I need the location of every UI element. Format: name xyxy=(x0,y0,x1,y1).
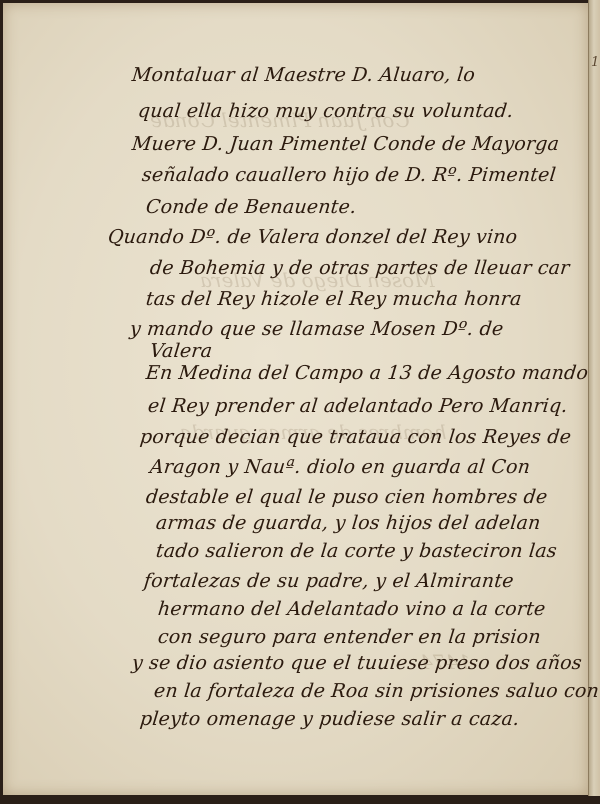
text-line: con seguro para entender en la prision xyxy=(157,626,542,648)
text-line: y se dio asiento que el tuuiese preso do… xyxy=(131,652,583,674)
text-line: de Bohemia y de otras partes de lleuar c… xyxy=(149,257,571,279)
text-line: Conde de Benauente. xyxy=(145,196,358,218)
text-line: tas del Rey hizole el Rey mucha honra xyxy=(145,288,523,310)
text-line: y mando que se llamase Mosen Dº. de xyxy=(129,318,505,340)
text-line: destable el qual le puso cien hombres de xyxy=(145,486,549,508)
page-edge-mark: 1 xyxy=(591,55,599,70)
text-line: hermano del Adelantado vino a la corte xyxy=(157,598,547,620)
text-line: armas de guarda, y los hijos del adelan xyxy=(155,512,542,534)
text-line: qual ella hizo muy contra su voluntad. xyxy=(137,100,515,122)
text-line: fortalezas de su padre, y el Almirante xyxy=(143,570,515,592)
text-line: En Medina del Campo a 13 de Agosto mando xyxy=(145,362,589,384)
text-line: el Rey prender al adelantado Pero Manriq… xyxy=(147,395,569,417)
text-line: señalado cauallero hijo de D. Rº. Piment… xyxy=(141,164,557,186)
text-line: en la fortaleza de Roa sin prisiones sal… xyxy=(153,680,600,702)
text-line: tado salieron de la corte y basteciron l… xyxy=(155,540,558,562)
next-page-edge xyxy=(588,0,600,796)
text-line: Montaluar al Maestre D. Aluaro, lo xyxy=(131,64,476,86)
text-line: Quando Dº. de Valera donzel del Rey vino xyxy=(107,226,519,248)
text-line: porque decian que trataua con los Reyes … xyxy=(139,426,572,448)
manuscript-text: Montaluar al Maestre D. Aluaro, lo qual … xyxy=(0,0,588,796)
text-line: pleyto omenage y pudiese salir a caza. xyxy=(139,708,521,730)
text-line: Valera xyxy=(149,340,214,362)
text-line: Aragon y Nauª. diolo en guarda al Con xyxy=(149,456,532,478)
bottom-border xyxy=(0,796,600,804)
text-line: Muere D. Juan Pimentel Conde de Mayorga xyxy=(131,133,560,155)
